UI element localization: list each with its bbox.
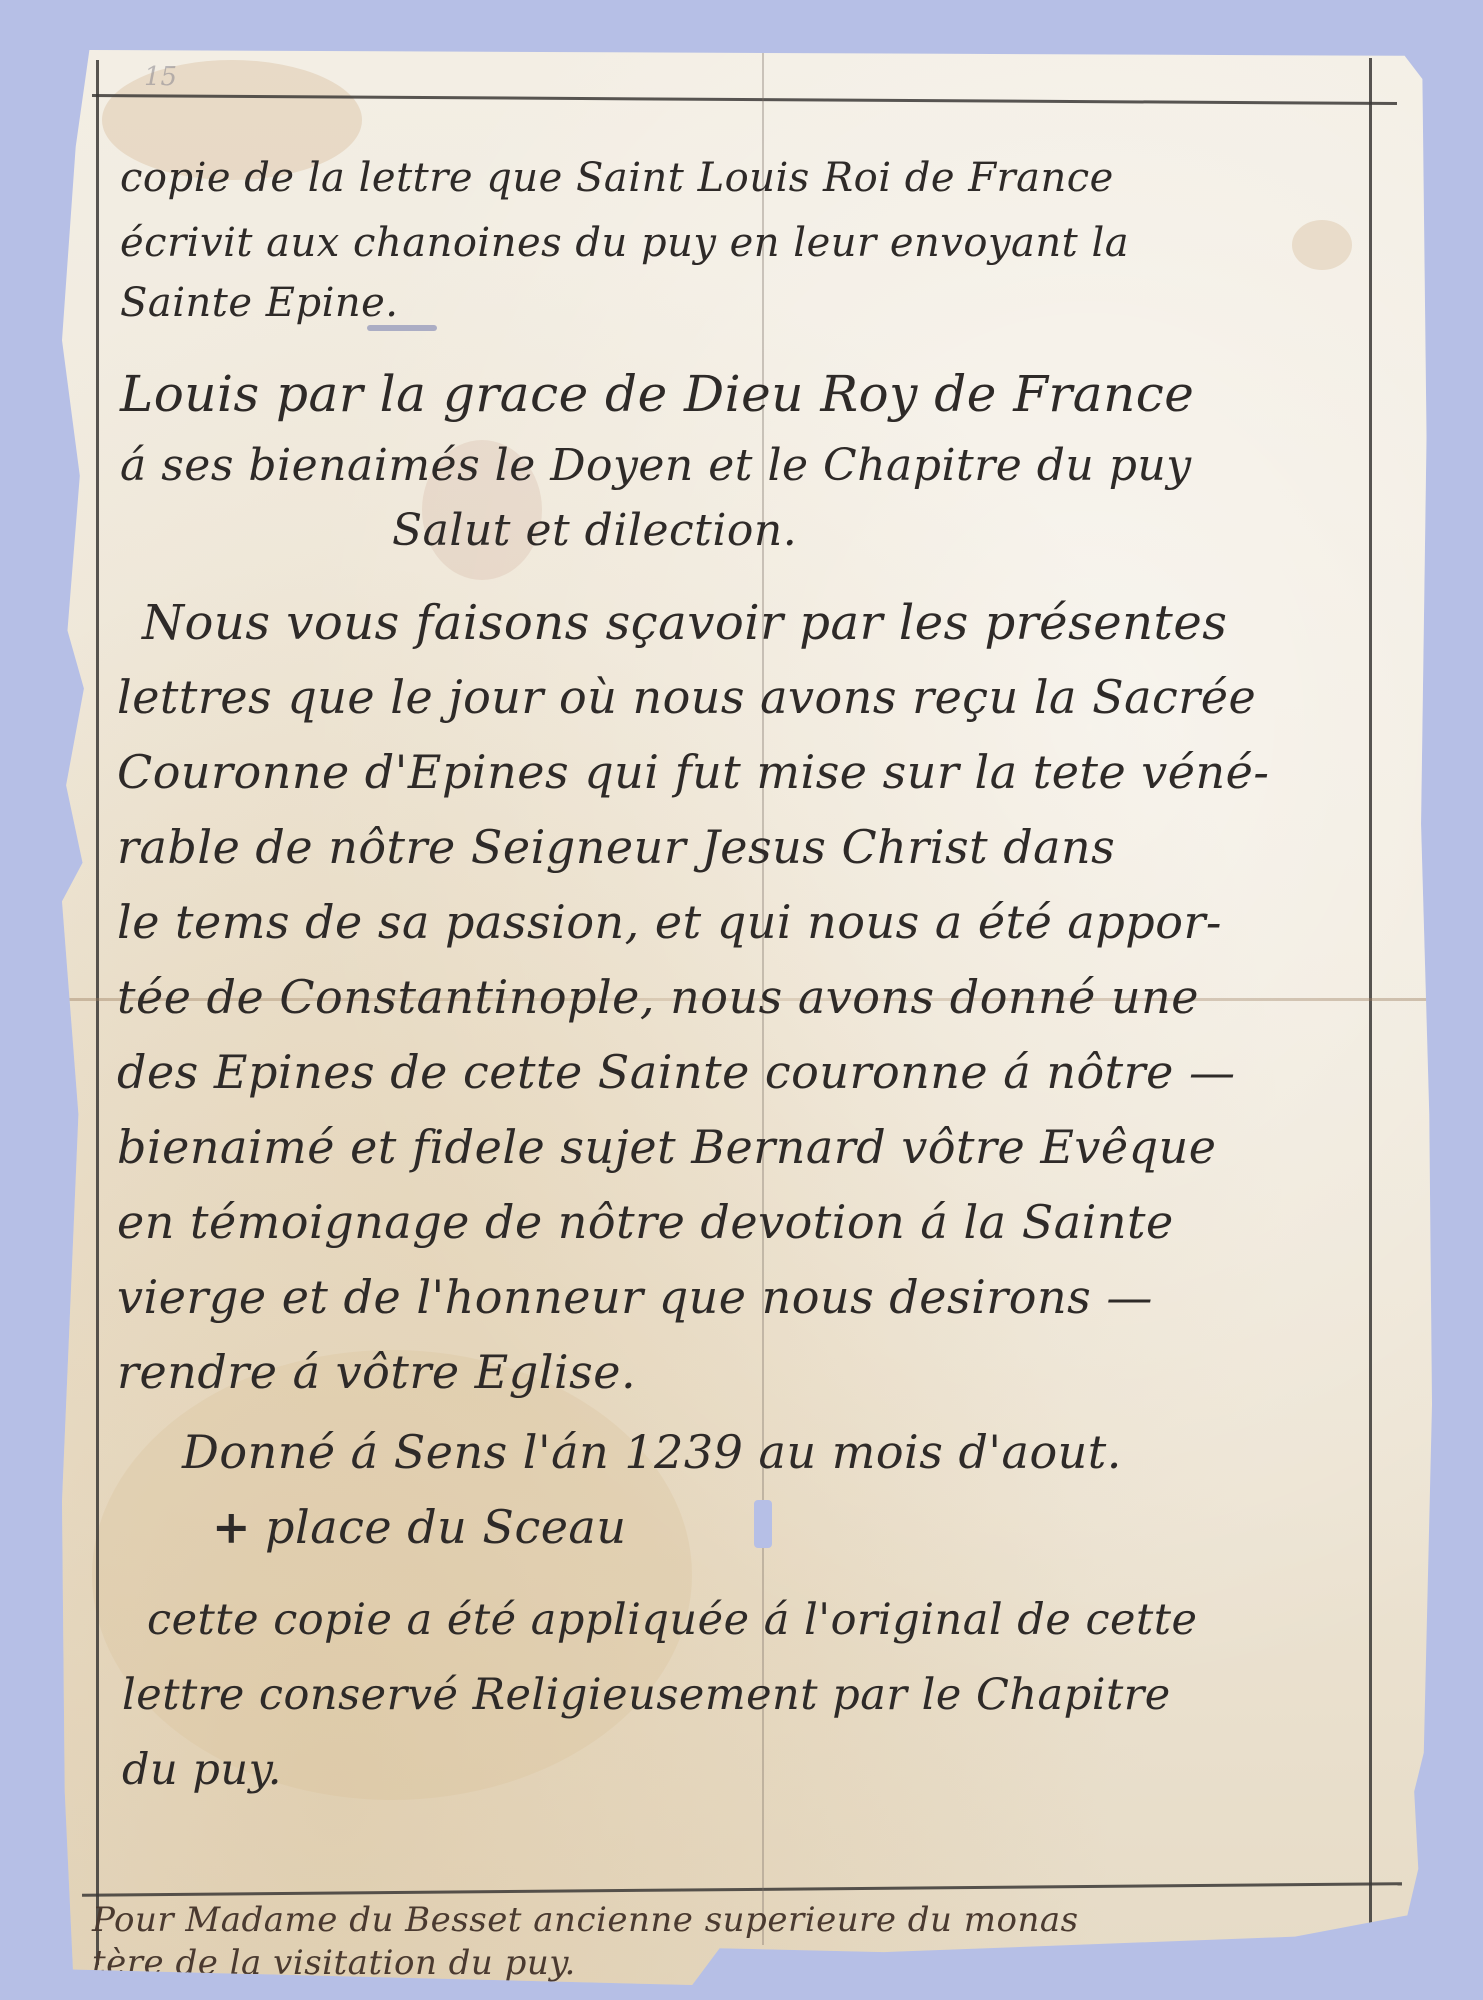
body-line: en témoignage de nôtre devotion á la Sai…: [62, 1195, 1432, 1249]
body-line: lettres que le jour où nous avons reçu l…: [62, 670, 1432, 724]
salutation-line: Louis par la grace de Dieu Roy de France: [62, 365, 1432, 423]
salutation-line: á ses bienaimés le Doyen et le Chapitre …: [62, 440, 1432, 491]
seal-note-text: place du Sceau: [265, 1500, 626, 1554]
body-line: rable de nôtre Seigneur Jesus Christ dan…: [62, 820, 1432, 874]
pencil-annotation: 15: [144, 62, 177, 92]
certification-line: cette copie a été appliquée á l'original…: [62, 1595, 1432, 1645]
salutation-line: Salut et dilection.: [62, 505, 1432, 556]
body-line: Couronne d'Epines qui fut mise sur la te…: [62, 745, 1432, 799]
body-line: le tems de sa passion, et qui nous a été…: [62, 895, 1432, 949]
body-line: rendre á vôtre Eglise.: [62, 1345, 1432, 1399]
heading-line: Sainte Epine.: [62, 280, 1432, 326]
certification-line: lettre conservé Religieusement par le Ch…: [62, 1670, 1432, 1720]
paper-stain: [92, 1350, 692, 1800]
seal-cross-icon: +: [212, 1500, 251, 1554]
footer-line: tère de la visitation du puy.: [62, 1943, 1432, 1983]
heading-line: écrivit aux chanoines du puy en leur env…: [62, 220, 1432, 266]
body-line: tée de Constantinople, nous avons donné …: [62, 970, 1432, 1024]
seal-placeholder: +place du Sceau: [62, 1500, 1432, 1554]
footer-line: Pour Madame du Besset ancienne superieur…: [62, 1900, 1432, 1940]
body-line: des Epines de cette Sainte couronne á nô…: [62, 1045, 1432, 1099]
body-line: vierge et de l'honneur que nous desirons…: [62, 1270, 1432, 1324]
heading-line: copie de la lettre que Saint Louis Roi d…: [62, 155, 1432, 201]
manuscript-page: 15 copie de la lettre que Saint Louis Ro…: [62, 50, 1432, 1985]
body-line: bienaimé et fidele sujet Bernard vôtre E…: [62, 1120, 1432, 1174]
dating-line: Donné á Sens l'án 1239 au mois d'aout.: [62, 1425, 1432, 1479]
body-line: Nous vous faisons sçavoir par les présen…: [62, 595, 1432, 651]
certification-line: du puy.: [62, 1745, 1432, 1795]
border-rule-bottom: [82, 1882, 1402, 1897]
